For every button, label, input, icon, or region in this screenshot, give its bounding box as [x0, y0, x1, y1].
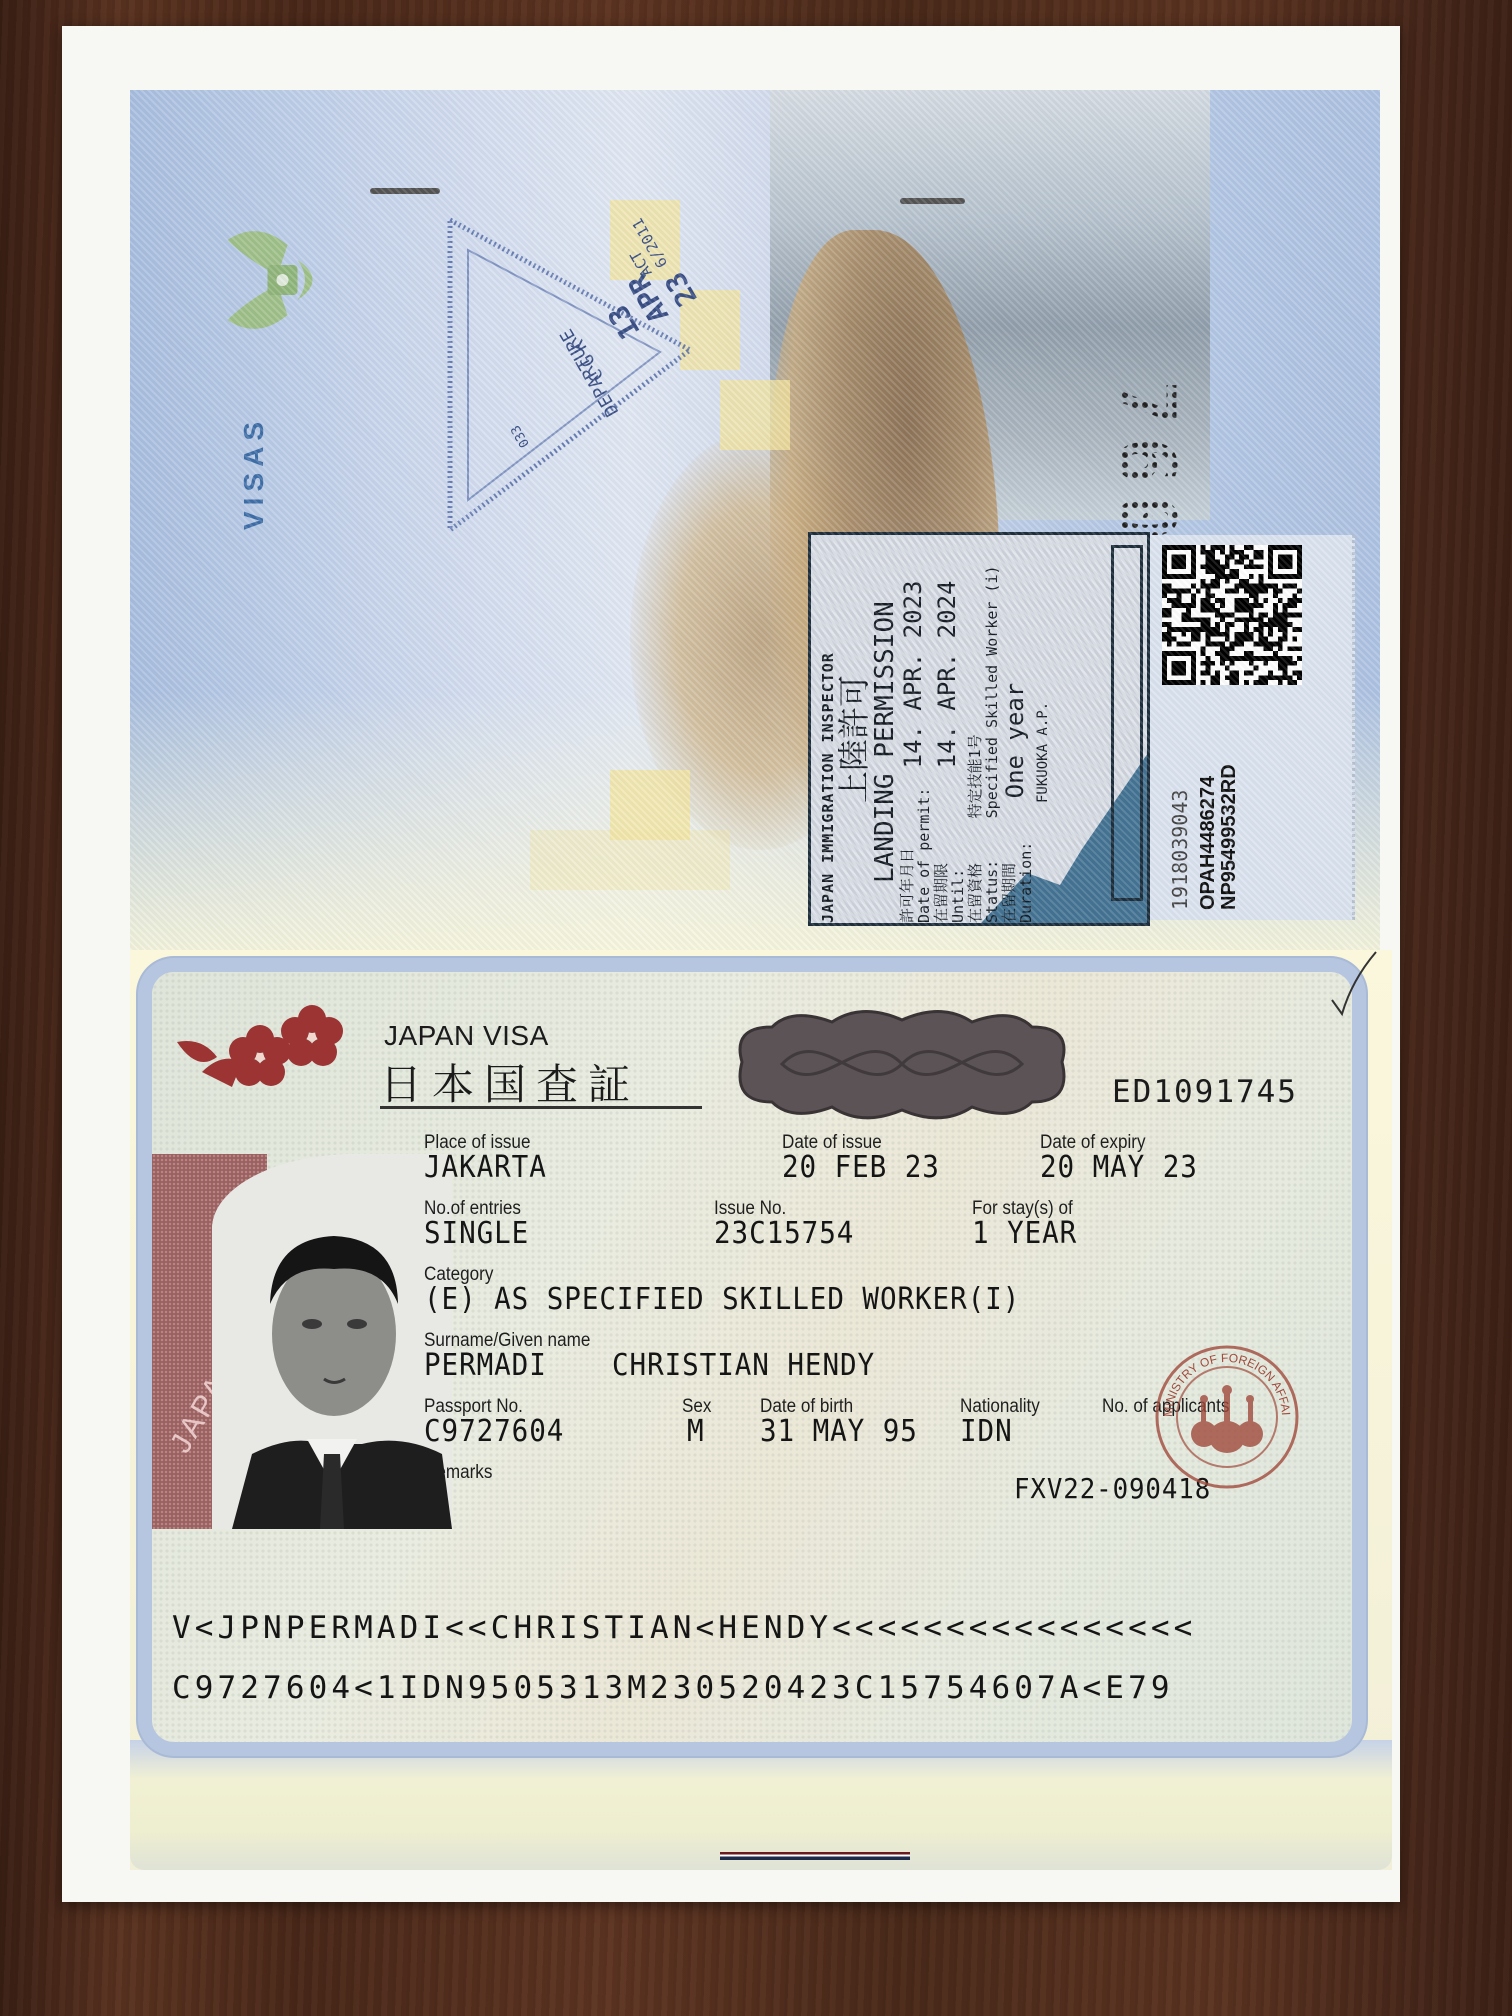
entries-value: SINGLE	[424, 1216, 529, 1251]
japan-visa-sticker: JAPAN VISA 日本国査証 ED1091745 JAPAN VISA	[152, 972, 1352, 1742]
until-label-jp: 在留期限	[932, 863, 950, 923]
passport-lower-page: JAPAN VISA 日本国査証 ED1091745 JAPAN VISA	[130, 950, 1392, 1870]
status-label: Status:	[983, 860, 1001, 923]
nationality-value: IDN	[960, 1414, 1013, 1449]
inspector-label: JAPAN IMMIGRATION INSPECTOR	[819, 543, 837, 923]
passport-spread: VISAS 7604 DEPARTURE CGK 13 APR 23 ACT 6…	[130, 90, 1392, 1870]
until-value: 14. APR. 2024	[933, 581, 961, 769]
security-pattern	[680, 290, 740, 370]
date-of-issue-value: 20 FEB 23	[782, 1150, 940, 1185]
holder-photo	[212, 1154, 452, 1529]
rock-illustration	[770, 230, 1000, 880]
sticker-code-line-2: NP95499532RD	[1219, 764, 1240, 910]
port-box	[1111, 545, 1143, 901]
seascape-illustration	[770, 90, 1210, 520]
date-of-permit-label: Date of permit:	[915, 788, 933, 923]
security-pattern	[610, 770, 690, 840]
staple	[370, 188, 440, 194]
duration-value: One year	[1001, 683, 1029, 799]
visa-title: JAPAN VISA	[384, 1020, 549, 1052]
sex-value: M	[687, 1414, 705, 1449]
garuda-emblem-icon	[215, 220, 340, 340]
departure-date: 13 APR 23	[572, 216, 704, 345]
security-pattern	[530, 830, 730, 890]
landing-permission-title: LANDING PERMISSION	[871, 543, 899, 883]
dob-value: 31 MAY 95	[760, 1414, 918, 1449]
departure-stamp-number: 033	[508, 422, 533, 450]
port-of-entry: FUKUOKA A.P.	[1035, 543, 1051, 803]
seal-text: MINISTRY OF FOREIGN AFFAIRS JAPAN	[1152, 1342, 1293, 1417]
qr-code-icon	[1162, 545, 1302, 685]
departure-officer-code: ACT 6/2011	[605, 201, 671, 280]
duration-label: Duration:	[1017, 842, 1035, 923]
departure-label: DEPARTURE	[556, 325, 623, 420]
given-name-value: CHRISTIAN HENDY	[612, 1348, 875, 1383]
security-pattern	[720, 380, 790, 450]
departure-airport: CGK	[565, 331, 608, 385]
until-label: Until:	[949, 869, 967, 923]
passport-page-edges	[130, 1740, 1392, 1870]
cliff-illustration	[630, 430, 890, 850]
date-of-expiry-value: 20 MAY 23	[1040, 1150, 1198, 1185]
surname-value: PERMADI	[424, 1348, 547, 1383]
mount-fuji-graphic	[961, 705, 1150, 926]
category-value: (E) AS SPECIFIED SKILLED WORKER(I)	[424, 1282, 1020, 1317]
cherry-blossom-icon	[172, 1002, 357, 1092]
passport-no-value: C9727604	[424, 1414, 564, 1449]
place-of-issue-value: JAKARTA	[424, 1150, 547, 1185]
staple	[900, 198, 965, 204]
visa-serial-number: ED1091745	[1112, 1074, 1298, 1110]
binding-thread	[720, 1852, 910, 1860]
date-of-permit-label-jp: 許可年月日	[898, 848, 916, 923]
visa-title-kanji: 日本国査証	[380, 1052, 640, 1112]
landing-permission-kanji: 上陸許可	[837, 543, 871, 803]
issue-no-value: 23C15754	[714, 1216, 854, 1251]
date-of-permit-value: 14. APR. 2023	[899, 581, 927, 769]
visas-section-label: VISAS	[238, 416, 270, 530]
security-pattern	[610, 200, 680, 280]
perforated-page-number: 7604	[1100, 380, 1190, 608]
landing-permission-sticker: JAPAN IMMIGRATION INSPECTOR 上陸許可 LANDING…	[808, 532, 1150, 926]
passport-visa-page: VISAS 7604 DEPARTURE CGK 13 APR 23 ACT 6…	[130, 90, 1380, 950]
duration-label-jp: 在留期間	[1000, 863, 1018, 923]
status-value-jp: 特定技能1号	[966, 734, 984, 818]
title-underline	[380, 1106, 702, 1109]
svg-text:MINISTRY OF FOREIGN AFFAIRS JA: MINISTRY OF FOREIGN AFFAIRS JAPAN	[1152, 1342, 1293, 1417]
departure-stamp: DEPARTURE CGK 13 APR 23 ACT 6/2011 033	[430, 210, 710, 540]
qr-code-sticker: 1918039043 OPAH4486274 NP95499532RD	[1150, 535, 1355, 920]
sticker-reference-number: 1918039043	[1168, 764, 1192, 910]
stay-value: 1 YEAR	[972, 1216, 1077, 1251]
status-label-jp: 在留資格	[966, 863, 984, 923]
ministry-seal-icon: MINISTRY OF FOREIGN AFFAIRS JAPAN	[1152, 1342, 1302, 1492]
mrz-line-2: C9727604<1IDN9505313M230520423C15754607A…	[172, 1670, 1174, 1706]
ornamental-emblem-icon	[722, 1002, 1082, 1127]
remarks-label: Remarks	[424, 1462, 492, 1484]
handwritten-checkmark-icon	[1330, 950, 1380, 1020]
mrz-line-1: V<JPNPERMADI<<CHRISTIAN<HENDY<<<<<<<<<<<…	[172, 1610, 1196, 1646]
sticker-code-line-1: OPAH4486274	[1198, 764, 1219, 910]
status-value: Specified Skilled Worker (i)	[983, 565, 1001, 818]
